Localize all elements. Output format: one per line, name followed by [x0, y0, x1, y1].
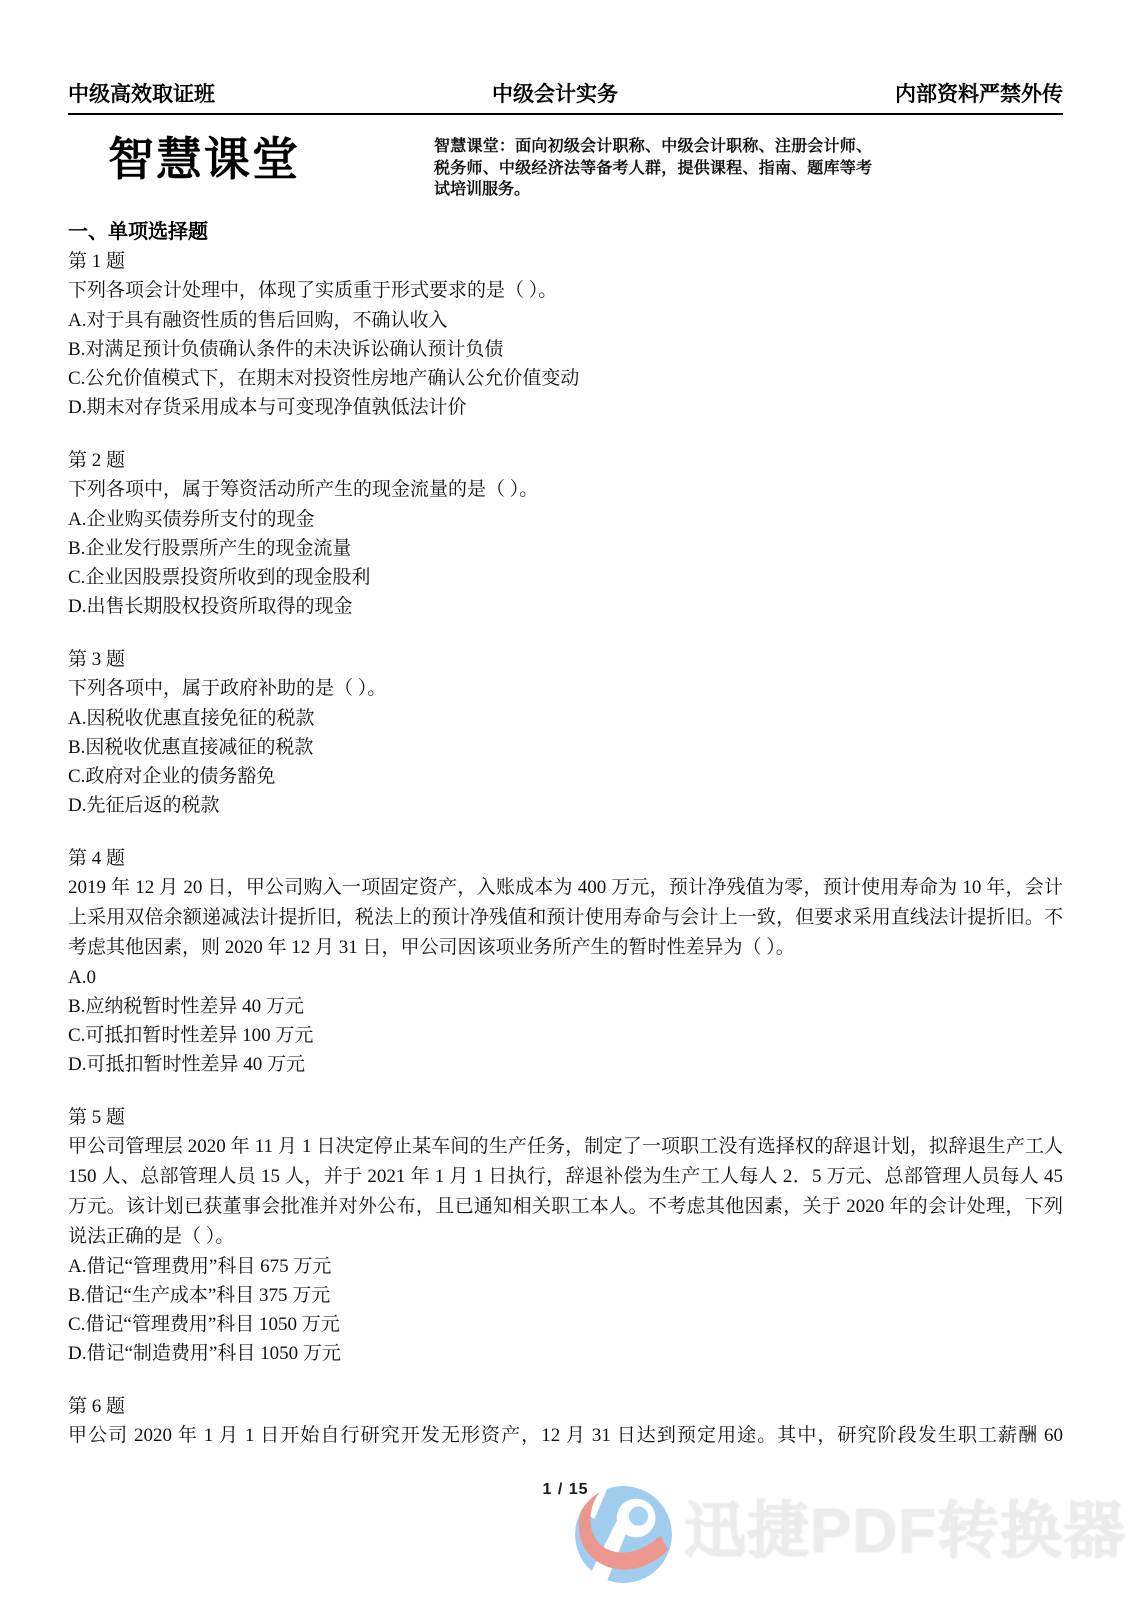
- question-option: D.出售长期股权投资所取得的现金: [68, 592, 1063, 621]
- question-option: C.可抵扣暂时性差异 100 万元: [68, 1021, 1063, 1050]
- question-option: B.企业发行股票所产生的现金流量: [68, 534, 1063, 563]
- question-option: A.对于具有融资性质的售后回购，不确认收入: [68, 306, 1063, 335]
- question-option: D.借记“制造费用”科目 1050 万元: [68, 1339, 1063, 1368]
- question-number: 第 3 题: [68, 645, 1063, 674]
- question-list: 第 1 题 下列各项会计处理中，体现了实质重于形式要求的是（ ）。 A.对于具有…: [68, 247, 1063, 1451]
- question-number: 第 2 题: [68, 446, 1063, 475]
- question-option: A.0: [68, 963, 1063, 992]
- question-stem: 下列各项中，属于筹资活动所产生的现金流量的是（ ）。: [68, 475, 1063, 505]
- question-option: B.借记“生产成本”科目 375 万元: [68, 1281, 1063, 1310]
- question-option: C.企业因股票投资所收到的现金股利: [68, 563, 1063, 592]
- question-option: A.因税收优惠直接免征的税款: [68, 704, 1063, 733]
- question-option: B.应纳税暂时性差异 40 万元: [68, 992, 1063, 1021]
- question-option: B.对满足预计负债确认条件的未决诉讼确认预计负债: [68, 335, 1063, 364]
- brand-description: 智慧课堂：面向初级会计职称、中级会计职称、注册会计师、税务师、中级经济法等备考人…: [434, 136, 872, 201]
- question-block-5: 第 5 题 甲公司管理层 2020 年 11 月 1 日决定停止某车间的生产任务…: [68, 1103, 1063, 1368]
- question-option: D.先征后返的税款: [68, 791, 1063, 820]
- question-block-3: 第 3 题 下列各项中，属于政府补助的是（ ）。 A.因税收优惠直接免征的税款 …: [68, 645, 1063, 820]
- page-indicator: 1 / 15: [0, 1481, 1131, 1499]
- question-stem: 2019 年 12 月 20 日，甲公司购入一项固定资产，入账成本为 400 万…: [68, 873, 1063, 963]
- header-subject-name: 中级会计实务: [492, 83, 618, 106]
- question-option: C.公允价值模式下，在期末对投资性房地产确认公允价值变动: [68, 364, 1063, 393]
- document-header: 中级高效取证班 中级会计实务 内部资料严禁外传: [68, 83, 1063, 115]
- question-stem: 甲公司管理层 2020 年 11 月 1 日决定停止某车间的生产任务，制定了一项…: [68, 1132, 1063, 1252]
- question-number: 第 6 题: [68, 1392, 1063, 1421]
- question-block-6: 第 6 题 甲公司 2020 年 1 月 1 日开始自行研究开发无形资产，12 …: [68, 1392, 1063, 1451]
- question-option: B.因税收优惠直接减征的税款: [68, 733, 1063, 762]
- question-option: A.借记“管理费用”科目 675 万元: [68, 1252, 1063, 1281]
- question-option: C.借记“管理费用”科目 1050 万元: [68, 1310, 1063, 1339]
- question-stem: 下列各项会计处理中，体现了实质重于形式要求的是（ ）。: [68, 276, 1063, 306]
- question-option: D.期末对存货采用成本与可变现净值孰低法计价: [68, 393, 1063, 422]
- question-option: C.政府对企业的债务豁免: [68, 762, 1063, 791]
- document-page: 中级高效取证班 中级会计实务 内部资料严禁外传 智慧课堂 智慧课堂：面向初级会计…: [0, 0, 1131, 1600]
- question-block-1: 第 1 题 下列各项会计处理中，体现了实质重于形式要求的是（ ）。 A.对于具有…: [68, 247, 1063, 422]
- brand-logo: 智慧课堂: [108, 133, 300, 185]
- question-option: D.可抵扣暂时性差异 40 万元: [68, 1050, 1063, 1079]
- page-content: 中级高效取证班 中级会计实务 内部资料严禁外传 智慧课堂 智慧课堂：面向初级会计…: [0, 0, 1131, 1451]
- question-option: A.企业购买债券所支付的现金: [68, 505, 1063, 534]
- section-title: 一、单项选择题: [68, 217, 1063, 247]
- question-number: 第 1 题: [68, 247, 1063, 276]
- header-course-name: 中级高效取证班: [68, 83, 215, 106]
- question-number: 第 4 题: [68, 844, 1063, 873]
- question-number: 第 5 题: [68, 1103, 1063, 1132]
- question-block-4: 第 4 题 2019 年 12 月 20 日，甲公司购入一项固定资产，入账成本为…: [68, 844, 1063, 1079]
- question-block-2: 第 2 题 下列各项中，属于筹资活动所产生的现金流量的是（ ）。 A.企业购买债…: [68, 446, 1063, 621]
- brand-row: 智慧课堂 智慧课堂：面向初级会计职称、中级会计职称、注册会计师、税务师、中级经济…: [68, 133, 1063, 203]
- header-confidential-notice: 内部资料严禁外传: [895, 83, 1063, 106]
- question-stem: 甲公司 2020 年 1 月 1 日开始自行研究开发无形资产，12 月 31 日…: [68, 1421, 1063, 1451]
- question-stem: 下列各项中，属于政府补助的是（ ）。: [68, 674, 1063, 704]
